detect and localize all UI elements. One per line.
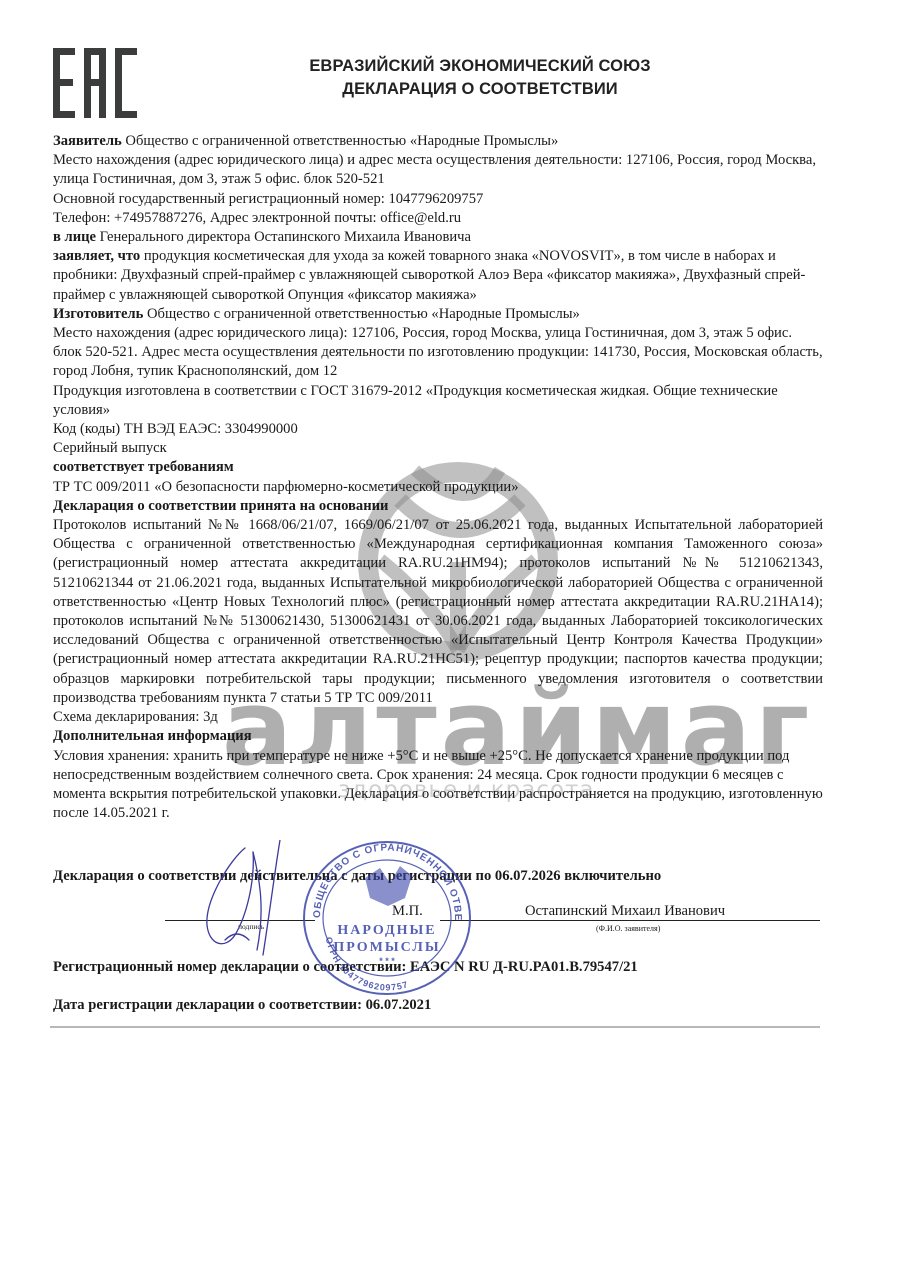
additional-text: Условия хранения: хранить при температур… [53,747,823,824]
additional-label: Дополнительная информация [53,727,823,746]
applicant-address: Место нахождения (адрес юридического лиц… [53,151,823,189]
product-standard: Продукция изготовлена в соответствии с Г… [53,382,823,420]
bottom-divider [50,1026,820,1028]
seal-center-line1: НАРОДНЫЕ [337,923,436,938]
manufacturer-label: Изготовитель [53,306,143,322]
company-seal-icon: ОБЩЕСТВО С ОГРАНИЧЕННОЙ ОТВЕТСТВЕННОСТЬЮ… [300,838,475,998]
applicant-label: Заявитель [53,133,122,149]
seal-center-line2: ПРОМЫСЛЫ [333,940,440,955]
eac-logo-icon [53,48,139,118]
requirements-text: ТР ТС 009/2011 «О безопасности парфюмерн… [53,478,823,497]
applicant-line: Заявитель Общество с ограниченной ответс… [53,132,823,151]
manufacturer-line: Изготовитель Общество с ограниченной отв… [53,305,823,324]
declares-line: заявляет, что продукция косметическая дл… [53,247,823,305]
seal-stars: * * * [379,956,395,966]
release-type: Серийный выпуск [53,439,823,458]
registration-date: Дата регистрации декларации о соответств… [53,997,431,1014]
fio-caption: (Ф.И.О. заявителя) [596,924,660,933]
declaration-body: Заявитель Общество с ограниченной ответс… [53,132,823,823]
applicant-name: Общество с ограниченной ответственностью… [122,133,559,149]
declaration-page: ЕВРАЗИЙСКИЙ ЭКОНОМИЧЕСКИЙ СОЮЗ ДЕКЛАРАЦИ… [0,0,900,1273]
declares-label: заявляет, что [53,248,140,264]
basis-text: Протоколов испытаний №№ 1668/06/21/07, 1… [53,516,823,708]
person-name: Генерального директора Остапинского Миха… [96,229,471,245]
applicant-person-line: в лице Генерального директора Остапинско… [53,228,823,247]
document-title: ДЕКЛАРАЦИЯ О СООТВЕТСТВИИ [200,80,760,99]
applicant-contacts: Телефон: +74957887276, Адрес электронной… [53,209,823,228]
manufacturer-name: Общество с ограниченной ответственностью… [143,306,580,322]
hs-code: Код (коды) ТН ВЭД ЕАЭС: 3304990000 [53,420,823,439]
applicant-ogrn: Основной государственный регистрационный… [53,190,823,209]
union-title: ЕВРАЗИЙСКИЙ ЭКОНОМИЧЕСКИЙ СОЮЗ [200,57,760,76]
basis-label: Декларация о соответствии принята на осн… [53,497,823,516]
declaration-scheme: Схема декларирования: 3д [53,708,823,727]
signer-name: Остапинский Михаил Иванович [525,903,725,920]
manufacturer-address: Место нахождения (адрес юридического лиц… [53,324,823,382]
person-label: в лице [53,229,96,245]
declares-text: продукция косметическая для ухода за кож… [53,248,805,302]
name-line [440,920,820,921]
requirements-label: соответствует требованиям [53,458,823,477]
